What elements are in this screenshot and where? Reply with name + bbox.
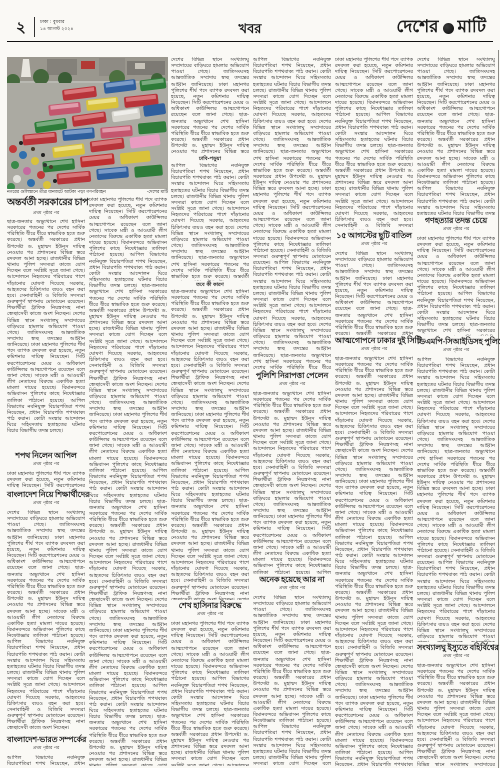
masthead: দেশের মাটি [396,14,486,42]
article-body-text: দেশের বিভিন্ন স্থানে সংখ্যালঘু সম্প্রদায… [335,251,413,335]
photo-caption: নগরের গুলিস্তানে তীব্র যানজটে আটকা পড়া … [7,190,106,196]
article-headline-block: বাংলাদেশ নিয়ে শিক্ষার্থীদের প্রথম পৃষ্ঠ… [7,489,85,510]
header-rule [7,41,493,42]
article-body-text: দেশের বিভিন্ন স্থানে সংখ্যালঘু সম্প্রদায… [253,595,331,766]
column-1: অন্তর্বর্তী সরকারের চাপ প্রথম পৃষ্ঠার পর… [7,197,85,766]
article-body-text: ঢাকা মহানগর পুলিশের শীর্ষ পদে ব্যাপক রদব… [89,197,167,766]
column-2: ঢাকা মহানগর পুলিশের শীর্ষ পদে ব্যাপক রদব… [89,197,167,766]
article-body-text: আপিল বিভাগের নবনিযুক্ত বিচারপতিরা শপথ নি… [7,755,85,766]
article-title: সংখ্যালঘু ইস্যুতে বহির্বিশ্বের [417,642,495,653]
article-headline-block: সংখ্যালঘু ইস্যুতে বহির্বিশ্বের প্রথম পৃষ… [417,642,495,663]
continued-from-front: প্রথম পৃষ্ঠার পর [171,611,249,618]
photo-caption-row: নগরের গুলিস্তানে তীব্র যানজটে আটকা পড়া … [7,190,168,196]
article-title: শপথ নিলেন আপিল [7,450,85,461]
article-body-text: ছাত্র-জনতার অভ্যুত্থানে শেখ হাসিনা সরকার… [417,663,495,766]
article-title: ডিএমপি-সিআইডিসহ পুলিশের [417,336,495,347]
photo-credit: -দেশের মাটি [147,190,168,196]
continued-from-front: প্রথম পৃষ্ঠার পর [253,381,331,388]
subhead-slug: ঢাবি-পড়ুয়া [171,155,249,163]
continued-from-front: প্রথম পৃষ্ঠার পর [335,241,413,248]
column-4: আপিল বিভাগের নবনিযুক্ত বিচারপতিরা শপথ নি… [253,57,331,766]
lead-photo-bus-jam [7,57,168,189]
article-title: বাংলাদেশ-ভারত সম্পর্কের [7,734,85,745]
subhead-slug: তবে কী কারণ [171,281,249,289]
article-headline-block: গণহত্যার তদন্ত চেয়ে প্রথম পৃষ্ঠার পর [417,215,495,236]
masthead-word-right: মাটি [458,14,487,42]
article-title: বাংলাদেশ নিয়ে শিক্ষার্থীদের [7,489,85,500]
article-headline-block: অনেক হয়েছে আর না প্রথম পৃষ্ঠার পর [253,574,331,595]
article-headline-block: ১৫ আগস্টের ছুটি বাতিল প্রথম পৃষ্ঠার পর [335,230,413,251]
article-body-text: ছাত্র-জনতার অভ্যুত্থানে শেখ হাসিনা সরকার… [7,219,85,450]
article-body-text: ছাত্র-জনতার অভ্যুত্থানে শেখ হাসিনা সরকার… [171,289,249,600]
article-body-text: ছাত্র-জনতার অভ্যুত্থানে শেখ হাসিনা সরকার… [335,356,413,766]
masthead-word-left: দেশের [396,14,438,42]
continued-from-front: প্রথম পৃষ্ঠার পর [417,347,495,354]
continued-from-front: প্রথম পৃষ্ঠার পর [7,745,85,752]
bus-terminal-illustration [7,57,168,189]
article-body-text: দেশের বিভিন্ন স্থানে সংখ্যালঘু সম্প্রদায… [7,510,85,734]
article-headline-block: আত্মগোপনে ঢাকার দুই সিটি প্রথম পৃষ্ঠার প… [335,335,413,356]
continued-from-front: প্রথম পৃষ্ঠার পর [7,500,85,507]
article-title: অনেক হয়েছে আর না [253,574,331,585]
article-title: শেখ হাসিনার বিরুদ্ধে [171,600,249,611]
article-body-text: দেশের বিভিন্ন স্থানে সংখ্যালঘু সম্প্রদায… [171,57,249,155]
newspaper-page: ২ ঢাকা : বুধবার ১৪ আগস্ট ২০২৪ খবর দেশের … [0,0,500,768]
article-body-text: ঢাকা মহানগর পুলিশের শীর্ষ পদে ব্যাপক রদব… [171,621,249,766]
article-headline-block: অন্তর্বর্তী সরকারের চাপ প্রথম পৃষ্ঠার পর [7,197,85,219]
article-body-text: ঢাকা মহানগর পুলিশের শীর্ষ পদে ব্যাপক রদব… [417,236,495,336]
column-3: দেশের বিভিন্ন স্থানে সংখ্যালঘু সম্প্রদায… [171,57,249,766]
article-headline-block: পুলিশি নিরাপত্তা পেলেন প্রথম পৃষ্ঠার পর [253,370,331,391]
article-body-text: আপিল বিভাগের নবনিযুক্ত বিচারপতিরা শপথ নি… [253,57,331,370]
article-title: অন্তর্বর্তী সরকারের চাপ [7,197,85,210]
column-5: ঢাকা মহানগর পুলিশের শীর্ষ পদে ব্যাপক রদব… [335,57,413,766]
article-body-text: ঢাকা মহানগর পুলিশের শীর্ষ পদে ব্যাপক রদব… [7,471,85,489]
article-headline-block: শপথ নিলেন আপিল প্রথম পৃষ্ঠার পর [7,450,85,471]
article-title: আত্মগোপনে ঢাকার দুই সিটি [335,335,413,346]
article-title: ১৫ আগস্টের ছুটি বাতিল [335,230,413,241]
article-headline-block: শেখ হাসিনার বিরুদ্ধে প্রথম পৃষ্ঠার পর [171,600,249,621]
scan-edge-line [498,50,500,768]
article-title: গণহত্যার তদন্ত চেয়ে [417,215,495,226]
article-body-text: আপিল বিভাগের নবনিযুক্ত বিচারপতিরা শপথ নি… [171,163,249,281]
masthead-dot-icon [443,23,454,34]
article-headline-block: ডিএমপি-সিআইডিসহ পুলিশের প্রথম পৃষ্ঠার পর [417,336,495,357]
article-body-text: ছাত্র-জনতার অভ্যুত্থানে শেখ হাসিনা সরকার… [253,391,331,574]
article-headline-block: বাংলাদেশ-ভারত সম্পর্কের প্রথম পৃষ্ঠার পর [7,734,85,755]
continued-from-front: প্রথম পৃষ্ঠার পর [253,585,331,592]
continued-from-front: প্রথম পৃষ্ঠার পর [7,461,85,468]
continued-from-front: প্রথম পৃষ্ঠার পর [417,653,495,660]
article-title: পুলিশি নিরাপত্তা পেলেন [253,370,331,381]
article-body-text: ঢাকা মহানগর পুলিশের শীর্ষ পদে ব্যাপক রদব… [335,57,413,230]
continued-from-front: প্রথম পৃষ্ঠার পর [417,226,495,233]
continued-from-front: প্রথম পৃষ্ঠার পর [335,346,413,353]
column-6: দেশের বিভিন্ন স্থানে সংখ্যালঘু সম্প্রদায… [417,57,495,766]
article-body-text: আপিল বিভাগের নবনিযুক্ত বিচারপতিরা শপথ নি… [417,357,495,642]
article-body-text: দেশের বিভিন্ন স্থানে সংখ্যালঘু সম্প্রদায… [417,57,495,215]
continued-from-front: প্রথম পৃষ্ঠার পর [7,210,85,217]
